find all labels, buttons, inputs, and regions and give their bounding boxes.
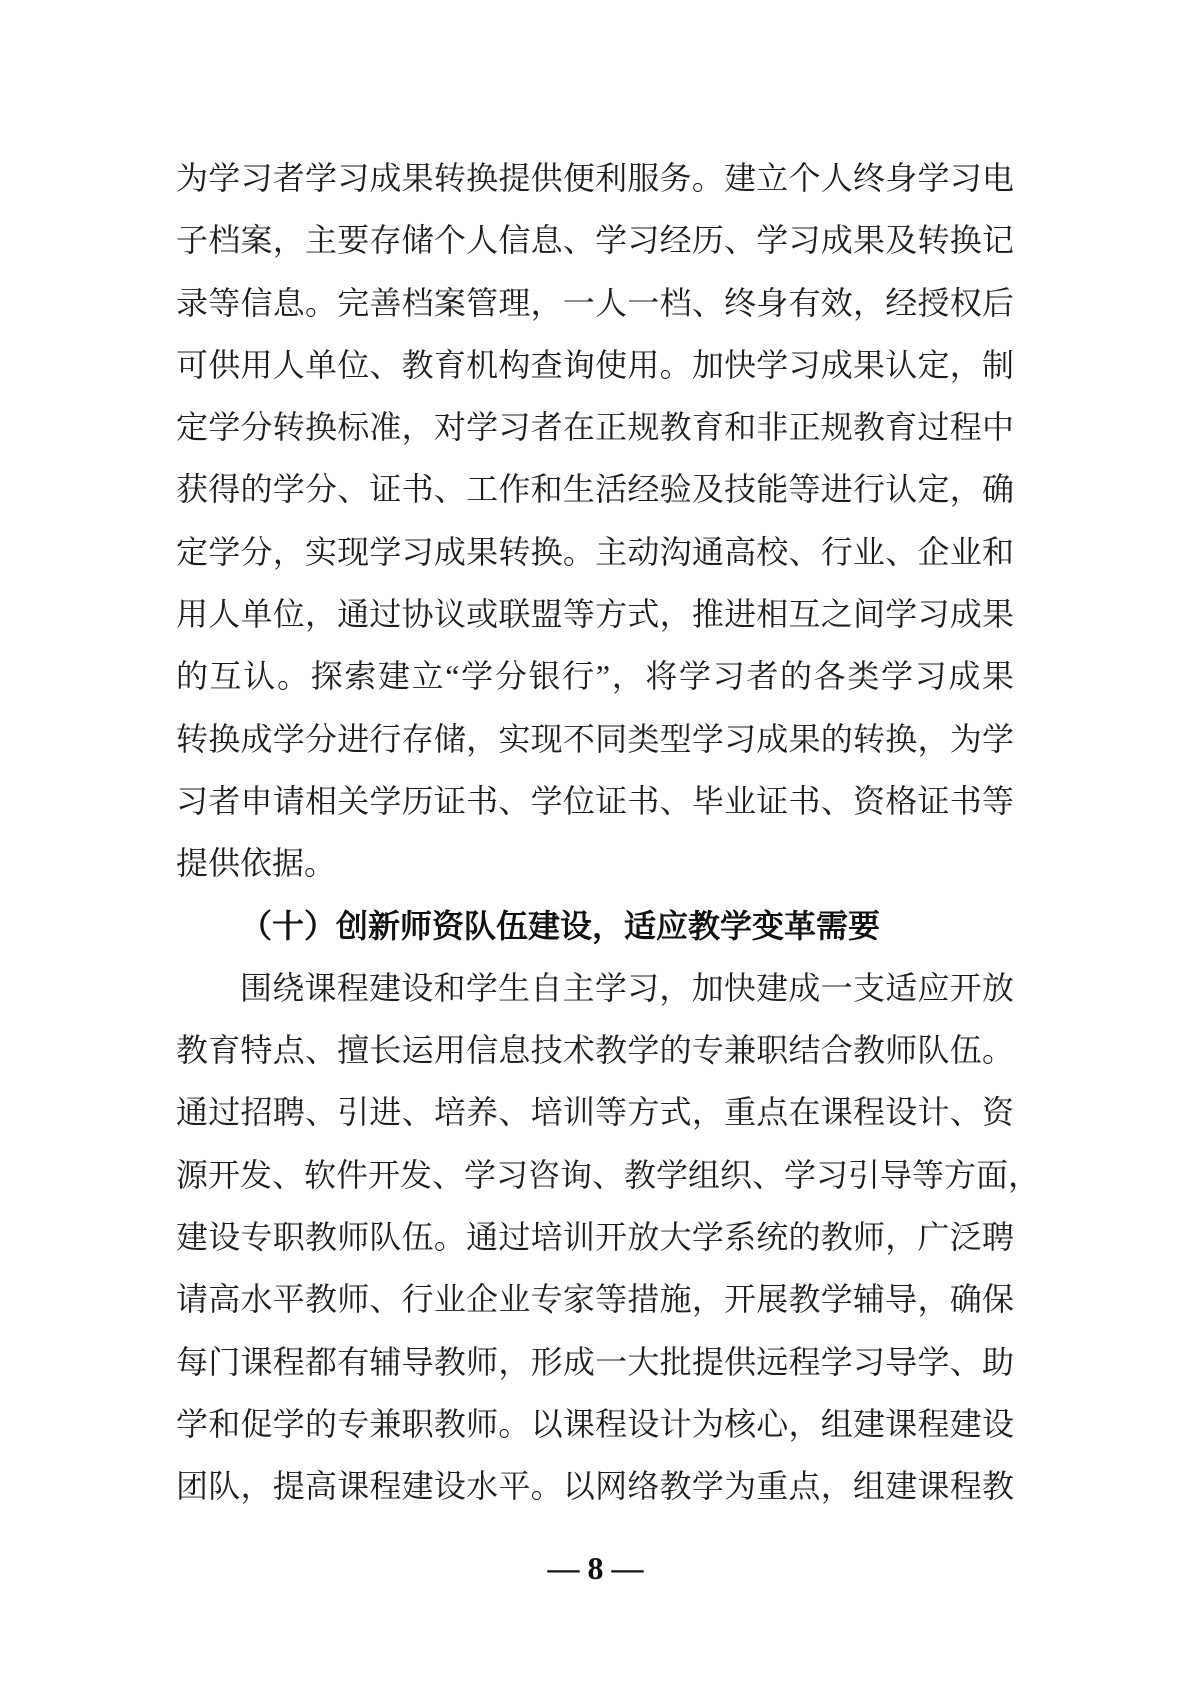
body-line: 建设专职教师队伍。通过培训开放大学系统的教师，广泛聘 xyxy=(176,1206,1014,1268)
body-line: 习者申请相关学历证书、学位证书、毕业证书、资格证书等 xyxy=(176,770,1014,832)
body-line: 的互认。探索建立“学分银行”，将学习者的各类学习成果 xyxy=(176,645,1014,707)
body-line: 可供用人单位、教育机构查询使用。加快学习成果认定，制 xyxy=(176,334,1014,396)
body-line: 教育特点、擅长运用信息技术教学的专兼职结合教师队伍。 xyxy=(176,1019,1014,1081)
body-line: 转换成学分进行存储，实现不同类型学习成果的转换，为学 xyxy=(176,708,1014,770)
body-line: 录等信息。完善档案管理，一人一档、终身有效，经授权后 xyxy=(176,272,1014,334)
body-line: 团队，提高课程建设水平。以网络教学为重点，组建课程教 xyxy=(176,1455,1014,1517)
body-line: 源开发、软件开发、学习咨询、教学组织、学习引导等方面， xyxy=(176,1144,1014,1206)
body-line: 子档案，主要存储个人信息、学习经历、学习成果及转换记 xyxy=(176,209,1014,271)
body-line: 获得的学分、证书、工作和生活经验及技能等进行认定，确 xyxy=(176,458,1014,520)
body-text: 为学习者学习成果转换提供便利服务。建立个人终身学习电 子档案，主要存储个人信息、… xyxy=(176,147,1014,1518)
body-line: 为学习者学习成果转换提供便利服务。建立个人终身学习电 xyxy=(176,147,1014,209)
body-line: 学和促学的专兼职教师。以课程设计为核心，组建课程建设 xyxy=(176,1393,1014,1455)
body-line: 每门课程都有辅导教师，形成一大批提供远程学习导学、助 xyxy=(176,1331,1014,1393)
document-page: 为学习者学习成果转换提供便利服务。建立个人终身学习电 子档案，主要存储个人信息、… xyxy=(0,0,1191,1684)
body-line: 定学分，实现学习成果转换。主动沟通高校、行业、企业和 xyxy=(176,521,1014,583)
body-line: 通过招聘、引进、培养、培训等方式，重点在课程设计、资 xyxy=(176,1081,1014,1143)
body-line: 围绕课程建设和学生自主学习，加快建成一支适应开放 xyxy=(176,957,1014,1019)
body-line: 用人单位，通过协议或联盟等方式，推进相互之间学习成果 xyxy=(176,583,1014,645)
body-line: 定学分转换标准，对学习者在正规教育和非正规教育过程中 xyxy=(176,396,1014,458)
body-line: 提供依据。 xyxy=(176,832,1014,894)
section-heading: （十）创新师资队伍建设，适应教学变革需要 xyxy=(176,895,1014,957)
page-number: — 8 — xyxy=(0,1548,1191,1588)
body-line: 请高水平教师、行业企业专家等措施，开展教学辅导，确保 xyxy=(176,1268,1014,1330)
